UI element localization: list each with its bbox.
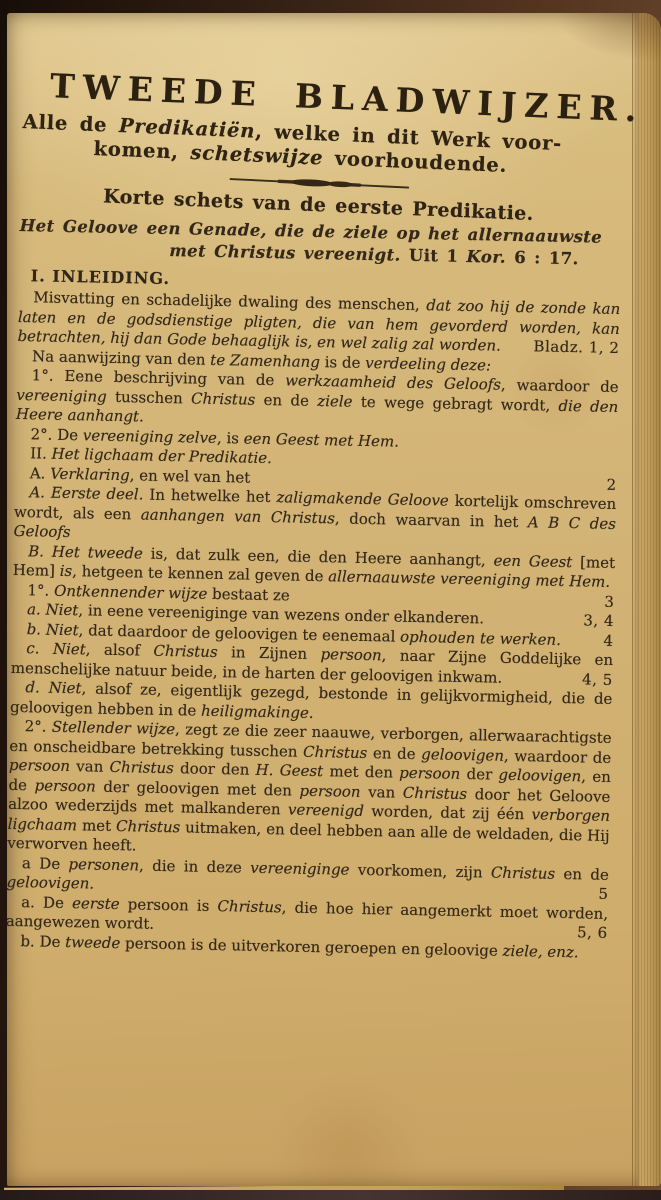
book-page: TWEEDE BLADWIJZER. Alle de Predikatiën, … (7, 13, 661, 1186)
page-ref: 2 (606, 475, 616, 495)
page-header: TWEEDE BLADWIJZER. Alle de Predikatiën, … (17, 65, 624, 229)
page-ref: 3, 4 (583, 611, 614, 631)
swelled-rule-ornament-icon (229, 173, 409, 194)
book-scan-photo: TWEEDE BLADWIJZER. Alle de Predikatiën, … (0, 0, 661, 1200)
page-ref: 4, 5 (582, 670, 613, 690)
page-fore-edge (632, 13, 661, 1186)
page-ref: Bladz. 1, 2 (533, 337, 619, 358)
index-entry: 2°. Stellender wijze, zegt ze die zeer n… (7, 717, 612, 866)
page-ref: 5, 6 (577, 923, 608, 943)
page-text-block: TWEEDE BLADWIJZER. Alle de Predikatiën, … (5, 65, 625, 963)
page-ref: 3 (604, 592, 614, 612)
index-entries: Misvatting en schadelijke dwaling des me… (5, 288, 620, 963)
page-ref: 4 (603, 631, 613, 651)
page-ref: 5 (598, 885, 608, 905)
